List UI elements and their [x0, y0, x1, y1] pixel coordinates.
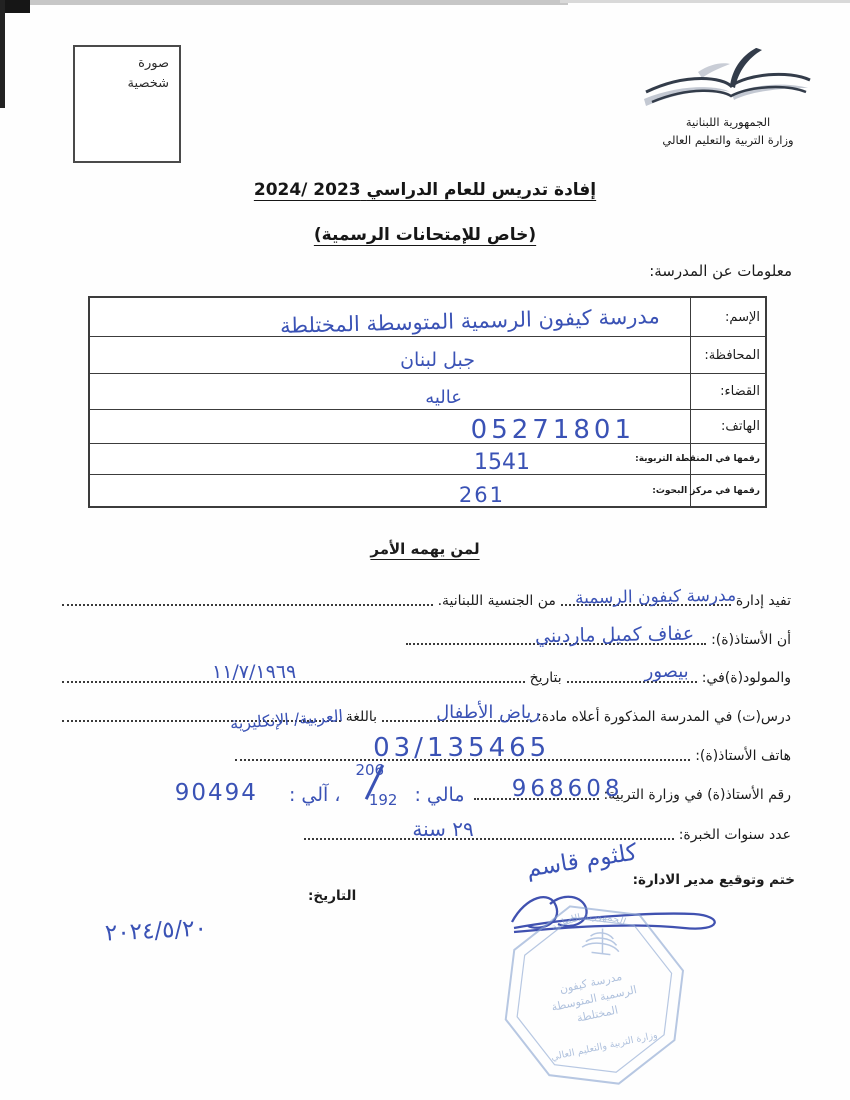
- letter-line-subject: درس(ت) في المدرسة المذكورة أعلاه مادة: ر…: [58, 699, 792, 725]
- title-text: إفادة تدريس للعام الدراسي: [367, 180, 597, 200]
- handwritten-ministry-number: 968608: [512, 776, 624, 802]
- row-label-governorate: المحافظة:: [690, 337, 765, 374]
- row-label-phone: الهاتف:: [690, 410, 765, 444]
- table-row-value: عاليه: [90, 374, 690, 410]
- letter-line-teacher-phone: هاتف الأستاذ(ة): 03/135465: [231, 738, 792, 764]
- school-info-table: الإسم: مدرسة كيفون الرسمية المتوسطة المخ…: [88, 296, 767, 508]
- document-subtitle: (خاص للإمتحانات الرسمية): [0, 225, 850, 245]
- table-row-value: 05271801: [90, 410, 690, 444]
- stamp-signature-label: ختم وتوقيع مدير الادارة:: [633, 872, 795, 888]
- handwritten-school-phone: 05271801: [471, 415, 635, 445]
- handwritten-school-name: مدرسة كيفون الرسمية المتوسطة المختلطة: [280, 304, 660, 338]
- handwritten-teacher-name: عفاف كميل مارديني: [535, 623, 694, 648]
- handwritten-financial-label: مالي :: [414, 784, 464, 806]
- scanned-document-page: صورة شخصية الجمهورية اللبنانية وزارة الت…: [0, 0, 850, 1100]
- table-row-value: جبل لبنان: [90, 337, 690, 374]
- printed-text: عدد سنوات الخبرة:: [678, 827, 792, 843]
- row-label-research-center-number: رقمها في مركز البحوث:: [690, 475, 765, 506]
- official-stamp: الجمهورية اللبنانية مدرسة كيفون الرسمية …: [462, 898, 727, 1098]
- handwritten-subject: رياض الأطفال: [436, 702, 540, 723]
- dotted-line: مدرسة كيفون الرسمية: [561, 600, 731, 606]
- dotted-line: رياض الأطفال: [382, 716, 532, 722]
- dotted-line: عفاف كميل مارديني: [406, 639, 706, 645]
- scan-artifact: [28, 0, 568, 5]
- handwritten-financial-number: 206 192: [353, 777, 401, 803]
- printed-text: باللغة: [345, 709, 378, 725]
- letter-line-experience: عدد سنوات الخبرة: ٢٩ سنة: [300, 817, 792, 843]
- dotted-line: [62, 600, 433, 606]
- letter-line-administration: تفيد إدارة مدرسة كيفون الرسمية من الجنسي…: [58, 583, 792, 609]
- handwritten-automated-number: 90494: [175, 780, 258, 806]
- table-row-value: 1541: [90, 444, 690, 475]
- photo-box-label: صورة: [75, 47, 179, 74]
- ministry-logo: الجمهورية اللبنانية وزارة التربية والتعل…: [638, 46, 818, 150]
- handwritten-language: العربية/ الإنكليزية: [229, 706, 343, 733]
- printed-text: درس(ت) في المدرسة المذكورة أعلاه مادة:: [536, 709, 792, 725]
- letter-line-birth: والمولود(ة)في: بيصور بتاريخ ١١/٧/١٩٦٩: [58, 660, 792, 686]
- svg-text:الجمهورية اللبنانية: الجمهورية اللبنانية: [549, 905, 628, 942]
- letter-line-teacher-name: أن الأستاذ(ة): عفاف كميل مارديني: [402, 622, 792, 648]
- row-label-name: الإسم:: [690, 298, 765, 337]
- handwritten-district: عاليه: [425, 387, 462, 408]
- handwritten-birthdate: ١١/٧/١٩٦٩: [212, 661, 296, 683]
- logo-ministry-text: وزارة التربية والتعليم العالي: [638, 132, 818, 150]
- dotted-line: ٢٩ سنة: [304, 834, 674, 840]
- school-info-heading: معلومات عن المدرسة:: [649, 262, 792, 280]
- dotted-line: بيصور: [567, 677, 697, 683]
- cedar-tree-icon: [582, 926, 622, 955]
- handwritten-automated-label: ، آلي :: [289, 784, 341, 806]
- dotted-line: ١١/٧/١٩٦٩: [62, 677, 525, 683]
- handwritten-governorate: جبل لبنان: [400, 349, 475, 371]
- dotted-line: العربية/ الإنكليزية: [62, 716, 341, 722]
- handwritten-research-number: 261: [459, 483, 505, 507]
- printed-text: رقم الأستاذ(ة) في وزارة التربية:: [603, 787, 792, 803]
- handwritten-zone-number: 1541: [474, 450, 530, 475]
- handwritten-teacher-phone: 03/135465: [373, 733, 550, 763]
- printed-text: بتاريخ: [529, 670, 563, 686]
- photo-box-label: شخصية: [75, 74, 179, 94]
- dotted-line: 03/135465: [235, 755, 690, 761]
- photo-placeholder-box: صورة شخصية: [73, 45, 181, 163]
- document-title: إفادة تدريس للعام الدراسي 2024/ 2023: [0, 180, 850, 200]
- scan-artifact: [560, 0, 850, 3]
- dotted-line: 968608: [474, 794, 599, 800]
- letter-line-ministry-numbers: رقم الأستاذ(ة) في وزارة التربية: 968608 …: [161, 777, 792, 803]
- printed-text: من الجنسية اللبنانية.: [437, 593, 557, 609]
- open-book-logo-icon: [638, 46, 818, 110]
- handwritten-administration-name: مدرسة كيفون الرسمية: [575, 586, 736, 609]
- row-label-district: القضاء:: [690, 374, 765, 410]
- stamp-text-line: وزارة التربية والتعليم العالي: [550, 1030, 658, 1063]
- printed-text: أن الأستاذ(ة):: [710, 632, 792, 648]
- row-label-educational-zone-number: رقمها في المنقطة التربوية:: [690, 444, 765, 475]
- printed-text: تفيد إدارة: [735, 593, 792, 609]
- handwritten-birthplace: بيصور: [645, 661, 689, 682]
- handwritten-date: ٢٠٢٤/٥/٢٠: [104, 915, 207, 946]
- logo-country-text: الجمهورية اللبنانية: [638, 114, 818, 132]
- table-row-value: مدرسة كيفون الرسمية المتوسطة المختلطة: [90, 298, 690, 337]
- letter-heading: لمن يهمه الأمر: [0, 540, 850, 558]
- title-years: 2024/ 2023: [254, 180, 361, 200]
- date-label: التاريخ:: [308, 888, 356, 904]
- handwritten-experience-years: ٢٩ سنة: [412, 817, 473, 841]
- table-row-value: 261: [90, 475, 690, 506]
- scan-artifact: [0, 0, 5, 108]
- handwritten-director-name: كلثوم قاسم: [525, 839, 639, 882]
- stamp-arc-text: الجمهورية اللبنانية: [549, 905, 628, 942]
- printed-text: والمولود(ة)في:: [701, 670, 792, 686]
- printed-text: هاتف الأستاذ(ة):: [694, 748, 792, 764]
